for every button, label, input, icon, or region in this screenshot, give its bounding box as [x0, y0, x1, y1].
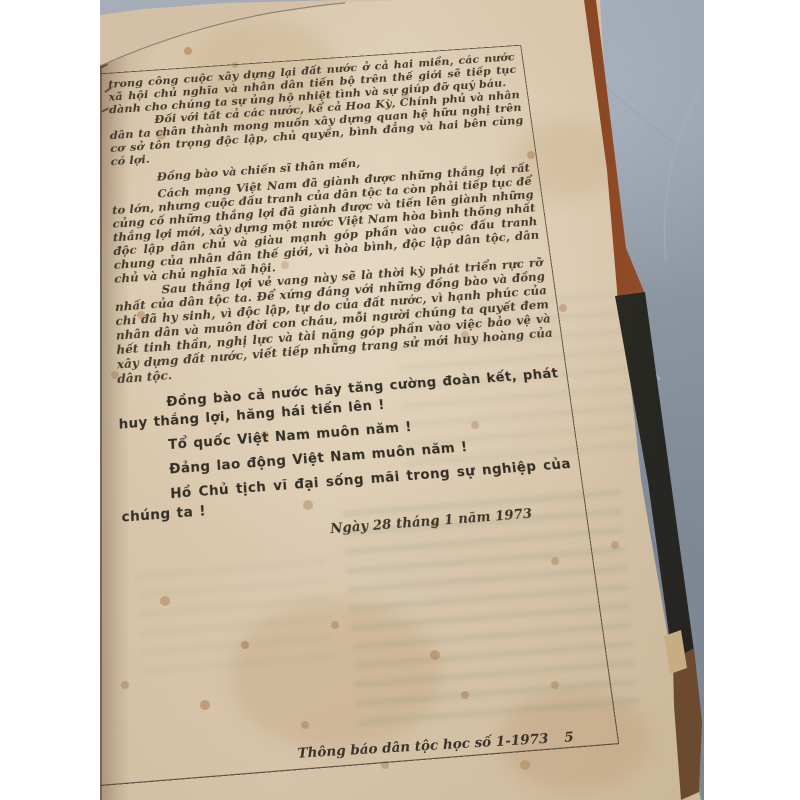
footer-page-number: 5 [564, 728, 574, 747]
book-photo: trong công cuộc xây dựng lại đất nước ở … [100, 0, 704, 800]
slogan-block: Đồng bào cả nước hãy tăng cường đoàn kết… [118, 365, 575, 529]
